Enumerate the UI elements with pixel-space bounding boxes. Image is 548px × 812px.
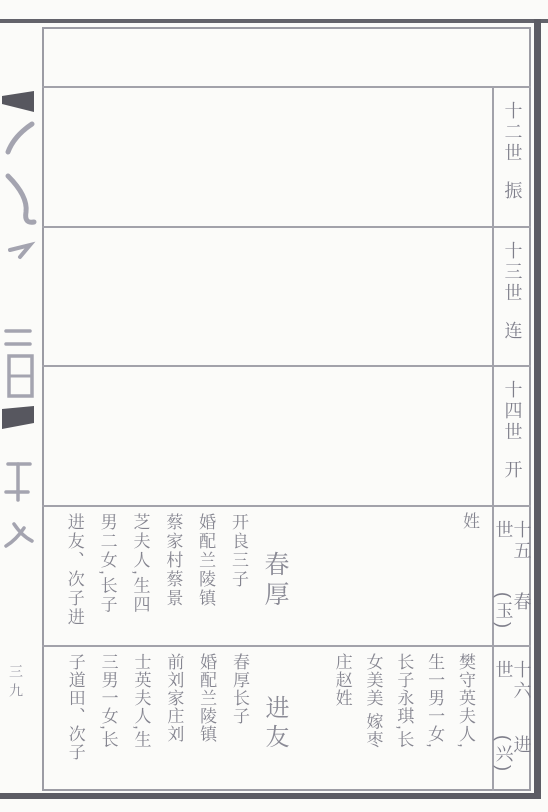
generation-name: 连	[504, 321, 522, 342]
generation-cell-12: 十二世 振	[494, 87, 531, 226]
detail-column: 芝夫人,生四	[131, 513, 149, 627]
generation-label: 十四世	[504, 380, 522, 443]
generation-name: 开	[504, 460, 522, 481]
gen16-detail-text: 春厚长子 婚配兰陵镇 前刘家庄刘 士英夫人,生 三男一女,长 子道田、次子	[51, 653, 248, 761]
gen15-person-name: 春厚	[262, 551, 287, 611]
detail-column: 蔡家村蔡景	[163, 513, 181, 627]
generation-name: 进(兴)	[495, 735, 531, 791]
page-number: 三九	[9, 664, 23, 702]
carryover-column: 樊守英夫人,	[456, 653, 474, 749]
row-divider	[42, 365, 531, 367]
carryover-column: 长子永琪,长	[394, 653, 412, 749]
generation-cell-14: 十四世 开	[494, 366, 531, 505]
gen15-carryover-text: 姓	[445, 512, 478, 531]
detail-column: 三男一女,长	[99, 653, 117, 761]
page-top-edge	[0, 19, 548, 23]
generation-name: 振	[504, 181, 522, 202]
carryover-column: 庄赵姓	[333, 653, 351, 749]
row-divider	[42, 86, 531, 88]
generation-cell-13: 十三世 连	[494, 227, 531, 365]
gen16-carryover-text: 樊守英夫人, 生一男一女, 长子永琪,长 女美美 嫁枣 庄赵姓	[320, 653, 474, 749]
detail-column: 进友、次子进	[65, 513, 83, 627]
carryover-column: 生一男一女,	[425, 653, 443, 749]
page-bottom-edge	[0, 793, 541, 799]
generation-cell-16: 十六世 进(兴)	[494, 646, 531, 791]
detail-column: 开良三子	[229, 513, 247, 627]
generation-cell-15: 十五世 春(玉)	[494, 506, 531, 645]
detail-column: 前刘家庄刘	[164, 653, 182, 761]
generation-label: 十三世	[504, 241, 522, 304]
generation-label: 十五世	[495, 520, 531, 575]
gen16-person-name: 进友	[262, 695, 286, 753]
generation-label: 十二世	[504, 101, 522, 164]
carryover-column: 女美美 嫁枣	[364, 653, 382, 749]
generation-name: 春(玉)	[495, 592, 531, 645]
row-divider	[42, 505, 531, 507]
detail-column: 男二女,长子	[98, 513, 116, 627]
page-right-edge	[534, 19, 541, 798]
generation-label: 十六世	[495, 660, 531, 718]
row-divider	[42, 226, 531, 228]
detail-column: 婚配兰陵镇	[197, 653, 215, 761]
row-divider	[42, 645, 531, 647]
genealogy-page: 三九 十二世 振 十三世 连 十四世 开 十五世 春(玉) 十六世 进(兴) 姓…	[0, 0, 548, 812]
detail-column: 士英夫人,生	[132, 653, 150, 761]
detail-column: 子道田、次子	[66, 653, 84, 761]
gen15-detail-text: 开良三子 婚配兰陵镇 蔡家村蔡景 芝夫人,生四 男二女,长子 进友、次子进	[50, 513, 247, 627]
carryover-column: 姓	[460, 512, 478, 531]
detail-column: 春厚长子	[230, 653, 248, 761]
detail-column: 婚配兰陵镇	[196, 513, 214, 627]
